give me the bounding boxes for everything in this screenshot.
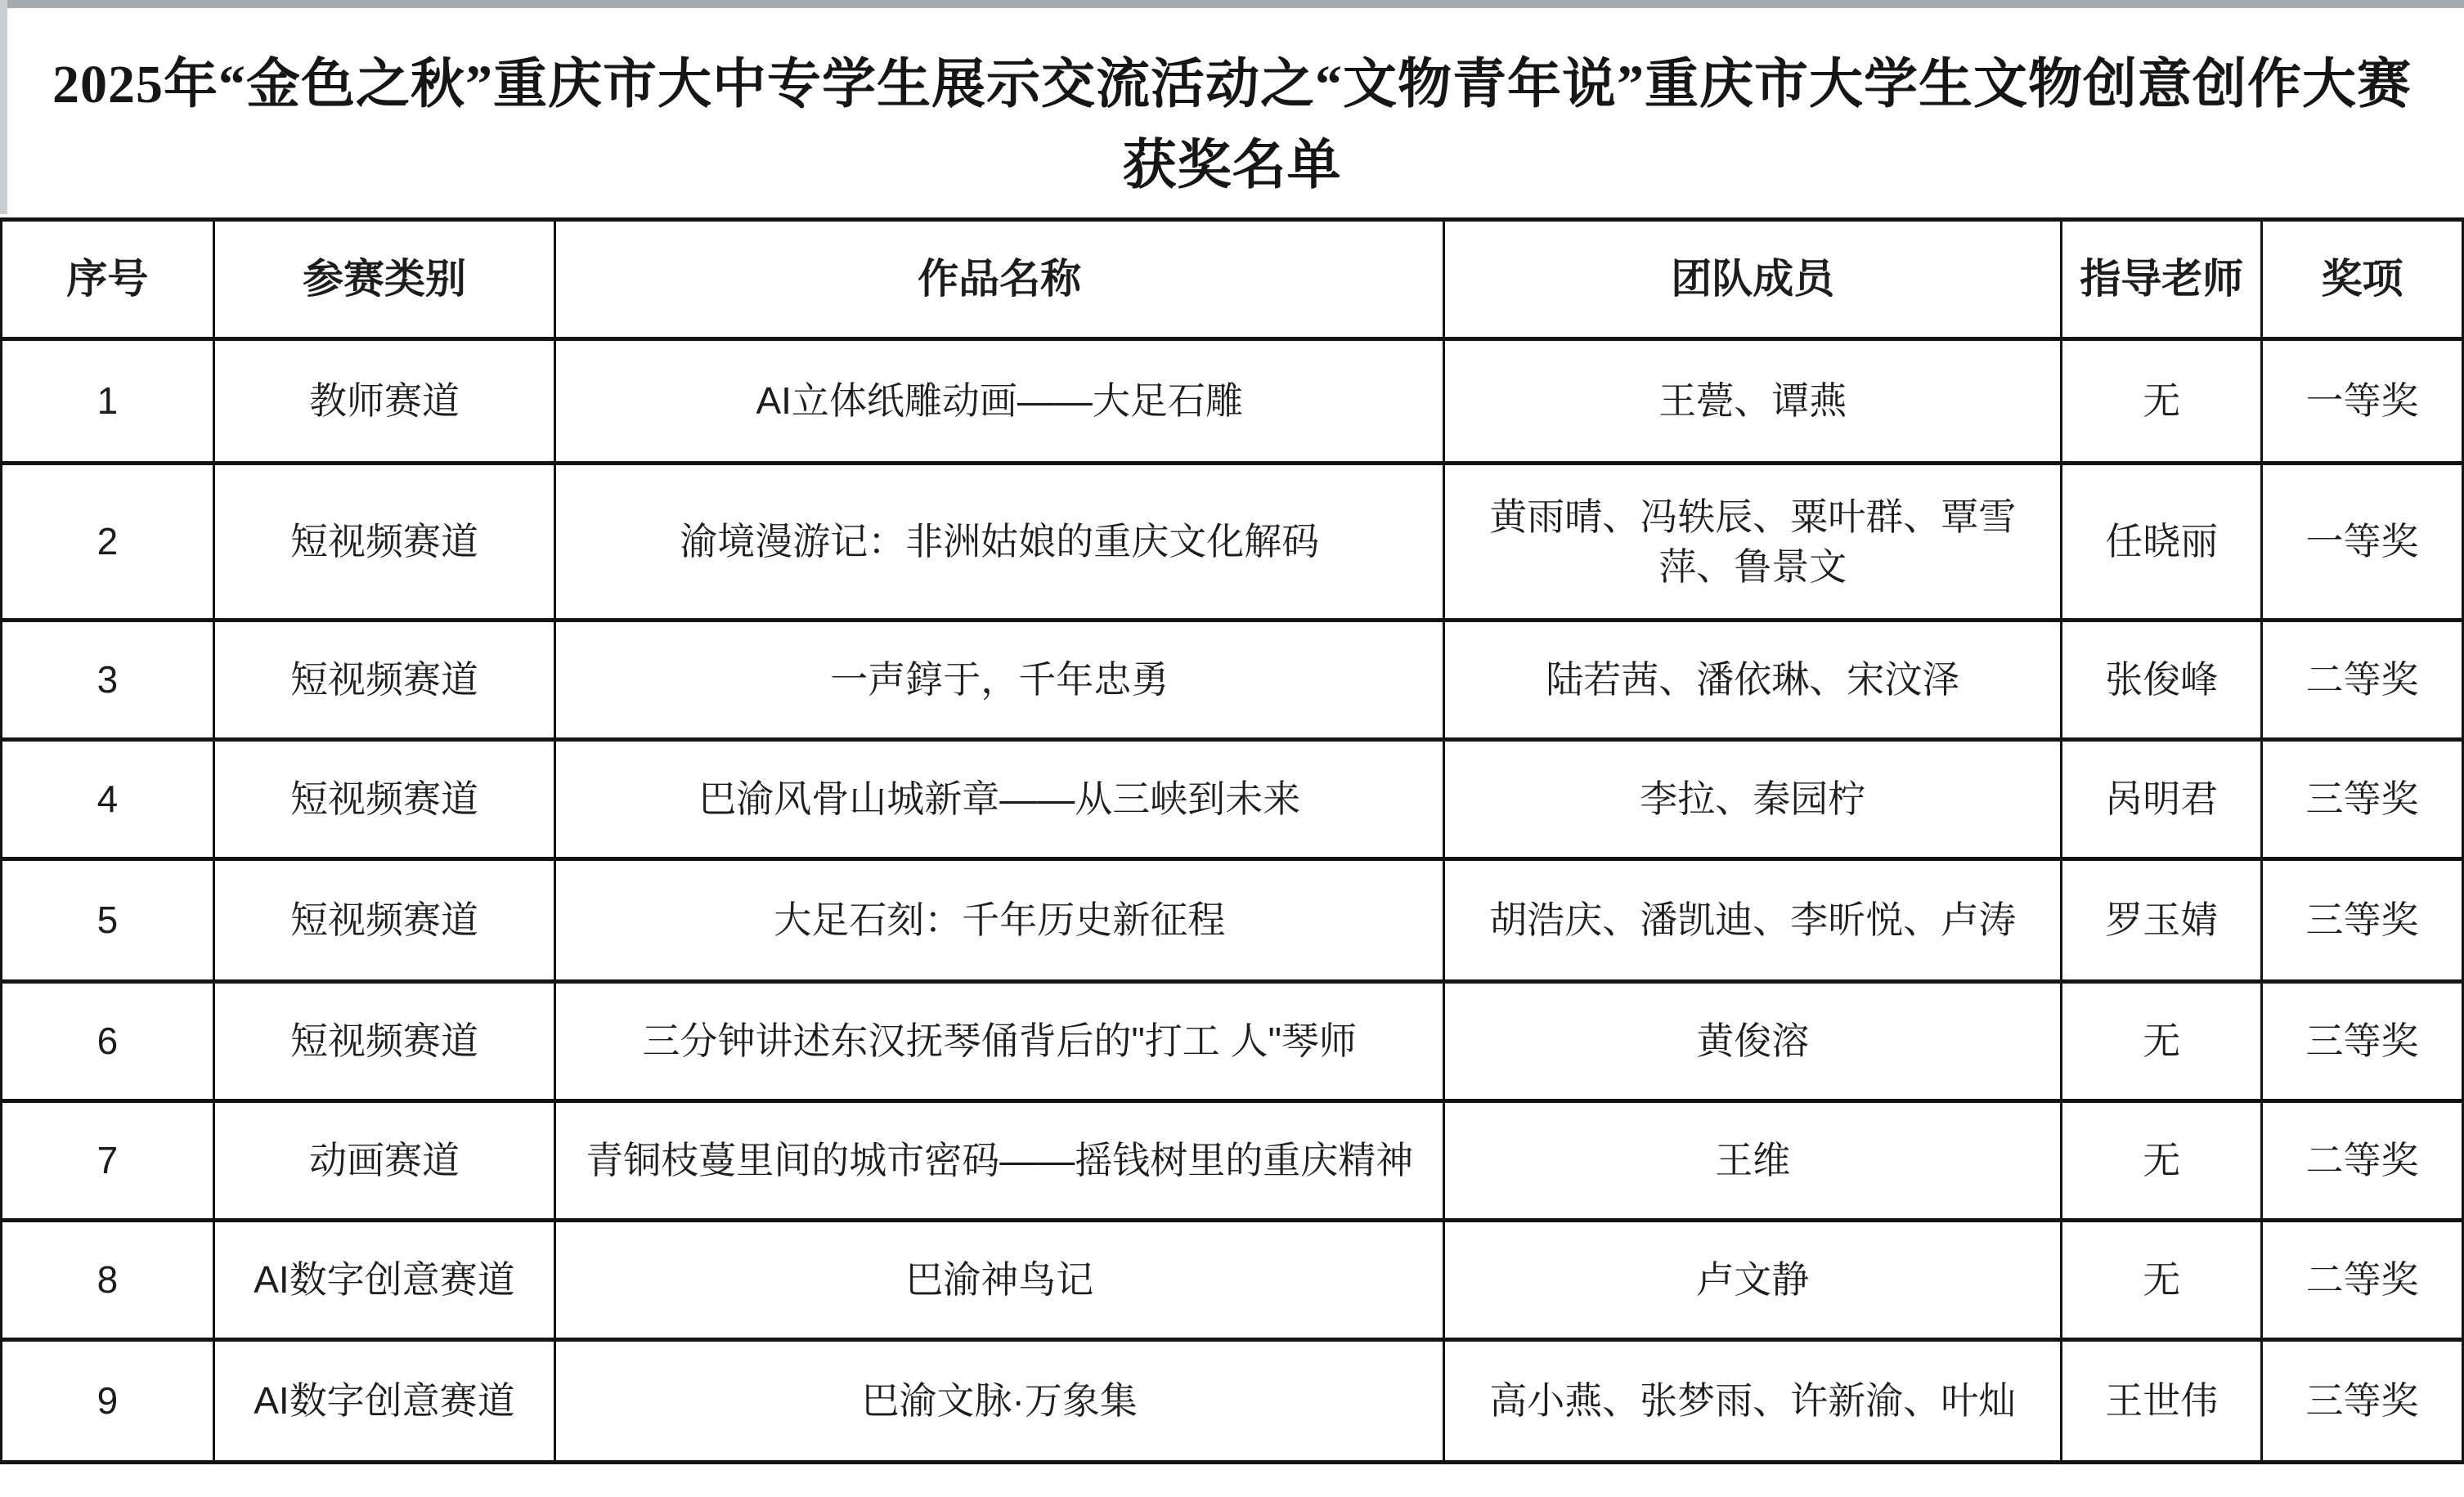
cell-work-title: 巴渝文脉·万象集 <box>555 1340 1444 1463</box>
cell-award: 二等奖 <box>2262 1101 2463 1221</box>
cell-team: 李拉、秦园柠 <box>1444 740 2062 859</box>
cell-award: 三等奖 <box>2262 1340 2463 1463</box>
cell-serial: 2 <box>2 464 214 621</box>
cell-advisor: 张俊峰 <box>2062 621 2262 740</box>
cell-category: AI数字创意赛道 <box>213 1221 554 1340</box>
cell-category: 短视频赛道 <box>213 621 554 740</box>
cell-serial: 6 <box>2 982 214 1101</box>
cell-team: 黄俊溶 <box>1444 982 2062 1101</box>
cell-team: 王甍、谭燕 <box>1444 339 2062 464</box>
cell-category: 动画赛道 <box>213 1101 554 1221</box>
cell-team: 高小燕、张梦雨、许新渝、叶灿 <box>1444 1340 2062 1463</box>
cell-work-title: 青铜枝蔓里间的城市密码——摇钱树里的重庆精神 <box>555 1101 1444 1221</box>
cell-work-title: 渝境漫游记：非洲姑娘的重庆文化解码 <box>555 464 1444 621</box>
cell-category: 短视频赛道 <box>213 859 554 982</box>
cell-advisor: 罗玉婧 <box>2062 859 2262 982</box>
cell-award: 三等奖 <box>2262 982 2463 1101</box>
cell-work-title: 巴渝风骨山城新章——从三峡到未来 <box>555 740 1444 859</box>
cell-team: 陆若茜、潘依琳、宋汶泽 <box>1444 621 2062 740</box>
cell-work-title: 一声錞于，千年忠勇 <box>555 621 1444 740</box>
header-category: 参赛类别 <box>213 220 554 339</box>
cell-advisor: 任晓丽 <box>2062 464 2262 621</box>
cell-category: AI数字创意赛道 <box>213 1340 554 1463</box>
header-row: 序号 参赛类别 作品名称 团队成员 指导老师 奖项 <box>2 220 2463 339</box>
cell-advisor: 无 <box>2062 1221 2262 1340</box>
cell-team: 王维 <box>1444 1101 2062 1221</box>
table-row: 4 短视频赛道 巴渝风骨山城新章——从三峡到未来 李拉、秦园柠 呙明君 三等奖 <box>2 740 2463 859</box>
cell-work-title: 巴渝神鸟记 <box>555 1221 1444 1340</box>
cell-category: 短视频赛道 <box>213 740 554 859</box>
cell-serial: 3 <box>2 621 214 740</box>
cell-award: 一等奖 <box>2262 339 2463 464</box>
table-row: 7 动画赛道 青铜枝蔓里间的城市密码——摇钱树里的重庆精神 王维 无 二等奖 <box>2 1101 2463 1221</box>
document-page: 2025年“金色之秋”重庆市大中专学生展示交流活动之“文物青年说”重庆市大学生文… <box>0 0 2464 1497</box>
table-row: 1 教师赛道 AI立体纸雕动画——大足石雕 王甍、谭燕 无 一等奖 <box>2 339 2463 464</box>
cell-serial: 9 <box>2 1340 214 1463</box>
table-row: 3 短视频赛道 一声錞于，千年忠勇 陆若茜、潘依琳、宋汶泽 张俊峰 二等奖 <box>2 621 2463 740</box>
page-edge-top <box>0 0 2464 8</box>
cell-award: 一等奖 <box>2262 464 2463 621</box>
cell-serial: 1 <box>2 339 214 464</box>
table-row: 8 AI数字创意赛道 巴渝神鸟记 卢文静 无 二等奖 <box>2 1221 2463 1340</box>
cell-advisor: 无 <box>2062 339 2262 464</box>
awards-table: 序号 参赛类别 作品名称 团队成员 指导老师 奖项 1 教师赛道 AI立体纸雕动… <box>0 217 2464 1464</box>
cell-category: 教师赛道 <box>213 339 554 464</box>
cell-work-title: 三分钟讲述东汉抚琴俑背后的"打工 人"琴师 <box>555 982 1444 1101</box>
cell-award: 二等奖 <box>2262 621 2463 740</box>
cell-team: 黄雨晴、冯轶辰、粟叶群、覃雪萍、鲁景文 <box>1444 464 2062 621</box>
cell-advisor: 王世伟 <box>2062 1340 2262 1463</box>
cell-award: 二等奖 <box>2262 1221 2463 1340</box>
cell-team: 胡浩庆、潘凯迪、李昕悦、卢涛 <box>1444 859 2062 982</box>
table-row: 5 短视频赛道 大足石刻：千年历史新征程 胡浩庆、潘凯迪、李昕悦、卢涛 罗玉婧 … <box>2 859 2463 982</box>
cell-serial: 8 <box>2 1221 214 1340</box>
cell-serial: 7 <box>2 1101 214 1221</box>
header-award: 奖项 <box>2262 220 2463 339</box>
page-title: 2025年“金色之秋”重庆市大中专学生展示交流活动之“文物青年说”重庆市大学生文… <box>0 0 2464 206</box>
cell-advisor: 无 <box>2062 982 2262 1101</box>
cell-serial: 5 <box>2 859 214 982</box>
cell-award: 三等奖 <box>2262 740 2463 859</box>
cell-award: 三等奖 <box>2262 859 2463 982</box>
cell-serial: 4 <box>2 740 214 859</box>
cell-work-title: 大足石刻：千年历史新征程 <box>555 859 1444 982</box>
cell-team: 卢文静 <box>1444 1221 2062 1340</box>
cell-category: 短视频赛道 <box>213 464 554 621</box>
cell-advisor: 无 <box>2062 1101 2262 1221</box>
header-team: 团队成员 <box>1444 220 2062 339</box>
header-work-title: 作品名称 <box>555 220 1444 339</box>
header-serial: 序号 <box>2 220 214 339</box>
page-edge-left <box>0 0 7 214</box>
header-advisor: 指导老师 <box>2062 220 2262 339</box>
table-row: 6 短视频赛道 三分钟讲述东汉抚琴俑背后的"打工 人"琴师 黄俊溶 无 三等奖 <box>2 982 2463 1101</box>
table-row: 2 短视频赛道 渝境漫游记：非洲姑娘的重庆文化解码 黄雨晴、冯轶辰、粟叶群、覃雪… <box>2 464 2463 621</box>
table-row: 9 AI数字创意赛道 巴渝文脉·万象集 高小燕、张梦雨、许新渝、叶灿 王世伟 三… <box>2 1340 2463 1463</box>
cell-advisor: 呙明君 <box>2062 740 2262 859</box>
cell-category: 短视频赛道 <box>213 982 554 1101</box>
cell-work-title: AI立体纸雕动画——大足石雕 <box>555 339 1444 464</box>
